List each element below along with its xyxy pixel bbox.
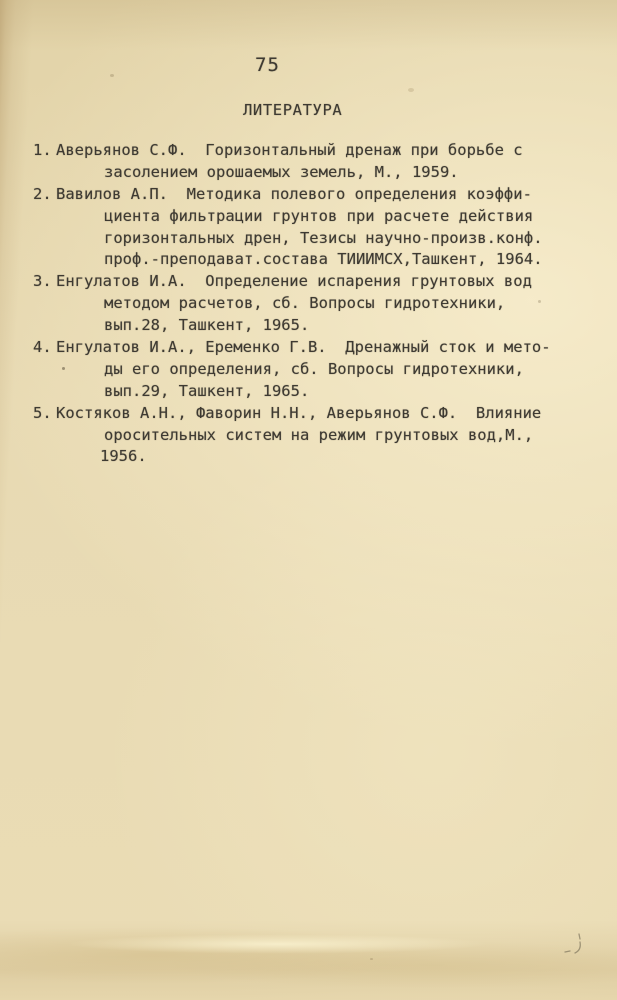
reference-entry-4: 4.Енгулатов И.А., Еременко Г.В. Дренажны…	[0, 337, 617, 403]
paper-speck	[62, 367, 65, 370]
reference-line: горизонтальных дрен, Тезисы научно-произ…	[0, 228, 617, 250]
reference-line: циента фильтрации грунтов при расчете де…	[0, 206, 617, 228]
reference-entry-1: 1.Аверьянов С.Ф. Горизонтальный дренаж п…	[0, 140, 617, 184]
reference-line: 4.Енгулатов И.А., Еременко Г.В. Дренажны…	[0, 337, 617, 359]
reference-line: ды его определения, сб. Вопросы гидротех…	[0, 359, 617, 381]
reference-text: Енгулатов И.А. Определение испарения гру…	[56, 272, 532, 290]
reference-line: 2.Вавилов А.П. Методика полевого определ…	[0, 184, 617, 206]
reference-line: проф.-преподават.состава ТИИИМСХ,Ташкент…	[0, 249, 617, 271]
reference-number: 5.	[33, 403, 56, 425]
reference-line: оросительных систем на режим грунтовых в…	[0, 425, 617, 447]
reference-entry-3: 3.Енгулатов И.А. Определение испарения г…	[0, 271, 617, 337]
paper-speck	[408, 88, 414, 92]
reference-number: 4.	[33, 337, 56, 359]
reference-line: засолением орошаемых земель, М., 1959.	[0, 162, 617, 184]
reference-line: 3.Енгулатов И.А. Определение испарения г…	[0, 271, 617, 293]
reference-text: Вавилов А.П. Методика полевого определен…	[56, 185, 532, 203]
paper-speck	[538, 300, 541, 303]
reference-number: 3.	[33, 271, 56, 293]
reference-text: Костяков А.Н., Фаворин Н.Н., Аверьянов С…	[56, 404, 541, 422]
paper-speck	[110, 74, 114, 77]
reference-text: Енгулатов И.А., Еременко Г.В. Дренажный …	[56, 338, 551, 356]
reference-line: вып.29, Ташкент, 1965.	[0, 381, 617, 403]
reference-line: вып.28, Ташкент, 1965.	[0, 315, 617, 337]
literature-heading: ЛИТЕРАТУРА	[243, 101, 342, 119]
reference-entry-5: 5.Костяков А.Н., Фаворин Н.Н., Аверьянов…	[0, 403, 617, 469]
scanned-book-page: 75 ЛИТЕРАТУРА 1.Аверьянов С.Ф. Горизонта…	[0, 0, 617, 1000]
page-number: 75	[255, 54, 280, 76]
reference-line: 1.Аверьянов С.Ф. Горизонтальный дренаж п…	[0, 140, 617, 162]
reference-list: 1.Аверьянов С.Ф. Горизонтальный дренаж п…	[0, 140, 617, 468]
reference-entry-2: 2.Вавилов А.П. Методика полевого определ…	[0, 184, 617, 272]
reference-text: Аверьянов С.Ф. Горизонтальный дренаж при…	[56, 141, 523, 159]
reference-line: 1956.	[0, 446, 617, 468]
paper-speck	[370, 958, 373, 960]
reference-line: 5.Костяков А.Н., Фаворин Н.Н., Аверьянов…	[0, 403, 617, 425]
reference-number: 1.	[33, 140, 56, 162]
ink-smudge-mark	[560, 930, 600, 970]
reference-line: методом расчетов, сб. Вопросы гидротехни…	[0, 293, 617, 315]
reference-number: 2.	[33, 184, 56, 206]
